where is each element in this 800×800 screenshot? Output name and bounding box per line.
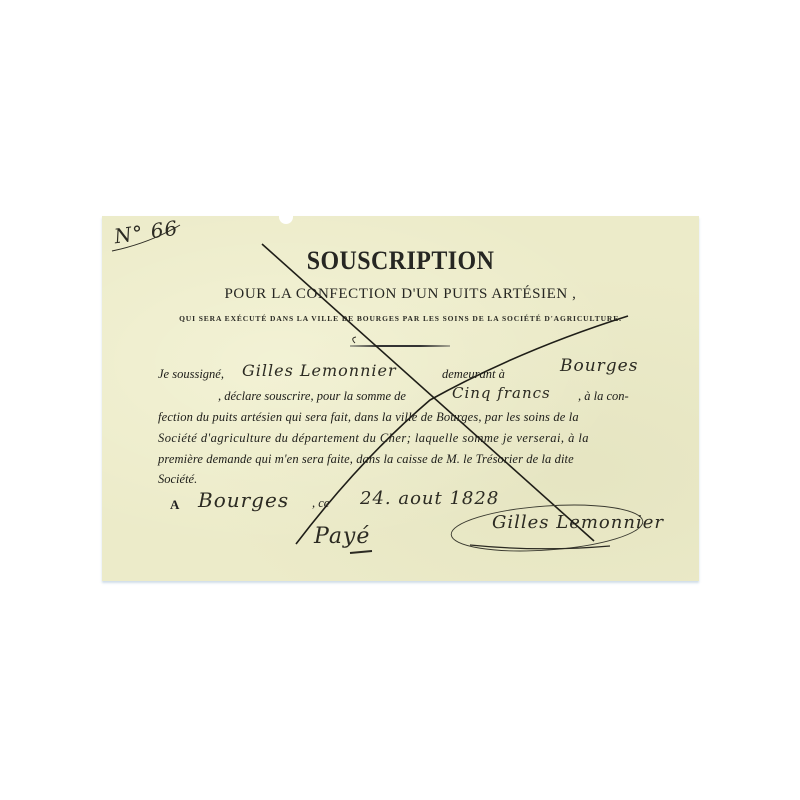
body-line4: Société d'agriculture du département du … (158, 431, 589, 446)
document-title: SOUSCRIPTION (126, 246, 675, 276)
body-line1-prefix: Je soussigné, (158, 367, 224, 382)
document-number: N° 66 (113, 216, 180, 249)
residence: Bourges (560, 356, 638, 376)
body-line5: première demande qui m'en sera faite, da… (158, 452, 574, 467)
body-line6: Société. (158, 472, 197, 487)
document-subtitle: POUR LA CONFECTION D'UN PUITS ARTÉSIEN , (102, 286, 699, 303)
body-line1-middle: demeurant à (442, 367, 505, 382)
paper-tear (279, 214, 293, 224)
body-line2-prefix: , déclare souscrire, pour la somme de (218, 389, 406, 404)
signature: Gilles Lemonnier (492, 512, 664, 533)
paid-annotation: Payé (314, 524, 370, 549)
place-prefix: A (170, 497, 179, 513)
date: 24. aout 1828 (360, 488, 499, 509)
place: Bourges (198, 488, 289, 512)
body-line3: fection du puits artésien qui sera fait,… (158, 410, 579, 425)
document-subheading: QUI SERA EXÉCUTÉ DANS LA VILLE DE BOURGE… (102, 314, 699, 323)
amount: Cinq francs (452, 384, 551, 402)
date-separator: , ce (312, 496, 329, 511)
subscription-document: N° 66 SOUSCRIPTION POUR LA CONFECTION D'… (102, 216, 699, 581)
ornamental-rule (350, 345, 450, 347)
body-line2-suffix: , à la con- (578, 389, 629, 404)
subscriber-name: Gilles Lemonnier (242, 361, 397, 380)
